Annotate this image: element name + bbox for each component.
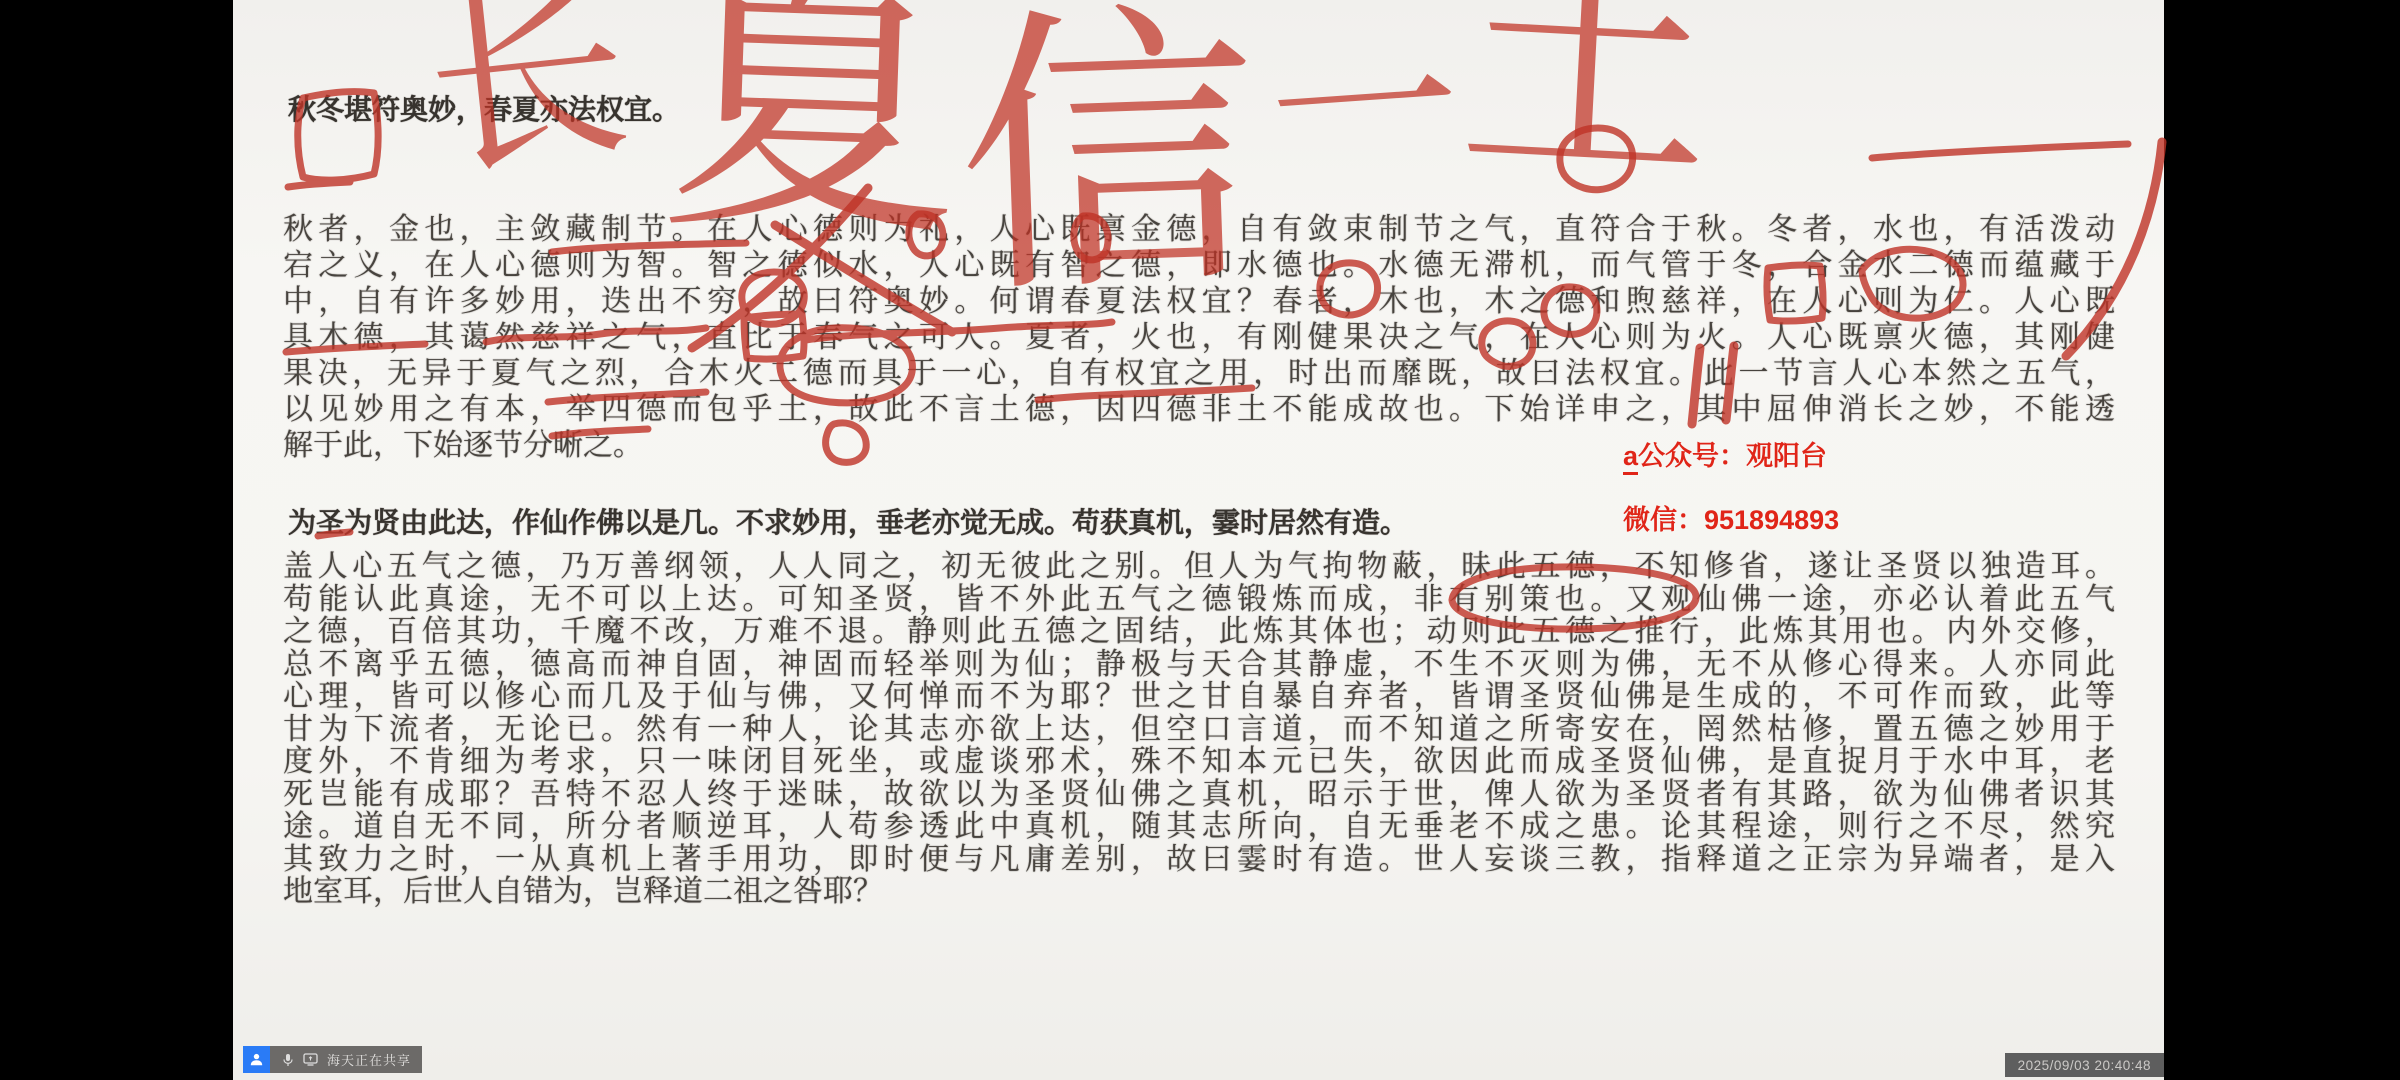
text-line: 中，自有许多妙用，迭出不穷，故曰符奥妙。何谓春夏法权宜？春者，木也，木之德和煦慈…	[283, 284, 2115, 320]
text-line: 解于此，下始逐节分晰之。	[283, 428, 2115, 464]
paragraph-2: 盖人心五气之德，乃万善纲领，人人同之，初无彼此之别。但人为气拘物蔽，昧此五德，不…	[283, 551, 2115, 909]
watermark-prefix: a	[1623, 441, 1638, 475]
text-line: 秋者，金也，主敛藏制节。在人心德则为礼，人心既禀金德，自有敛束制节之气，直符合于…	[283, 212, 2115, 248]
text-line: 度外，不肯细为考求，只一味闭目死坐，或虚谈邪术，殊不知本元已失，欲因此而成圣贤仙…	[283, 746, 2115, 779]
text-line: 盖人心五气之德，乃万善纲领，人人同之，初无彼此之别。但人为气拘物蔽，昧此五德，不…	[283, 551, 2115, 584]
person-icon	[249, 1052, 264, 1067]
screen-share-toolbar[interactable]: 海天正在共享	[243, 1046, 422, 1073]
text-line: 具木德，其蔼然慈祥之气，直比于春气之可人。夏者，火也，有刚健果决之气，在人心则为…	[283, 320, 2115, 356]
text-line: 苟能认此真途，无不可以上达。可知圣贤，皆不外此五气之德锻炼而成，非有别策也。又观…	[283, 584, 2115, 617]
text-line: 地室耳，后世人自错为，岂释道二祖之咎耶？	[283, 876, 2115, 909]
member-list-button[interactable]	[243, 1046, 270, 1073]
text-line: 死岂能有成耶？吾特不忍人终于迷昧，故欲以为圣贤仙佛之真机，昭示于世，俾人欲为圣贤…	[283, 779, 2115, 812]
paragraph-1: 秋者，金也，主敛藏制节。在人心德则为礼，人心既禀金德，自有敛束制节之气，直符合于…	[283, 212, 2115, 464]
shared-document-page: 秋冬堪符奥妙，春夏亦法权宜。 秋者，金也，主敛藏制节。在人心德则为礼，人心既禀金…	[233, 0, 2164, 1080]
text-line: 之德，百倍其功，千魔不改，万难不退。静则此五德之固结，此炼其体也；动则此五德之推…	[283, 616, 2115, 649]
text-line: 其致力之时，一从真机上著手用功，即时便与凡庸差别，故曰霎时有造。世人妄谈三教，指…	[283, 844, 2115, 877]
text-line: 以见妙用之有本，举四德而包乎土，故此不言土德，因四德非土不能成故也。下始详申之，…	[283, 392, 2115, 428]
document-heading-1: 秋冬堪符奥妙，春夏亦法权宜。	[288, 88, 680, 128]
text-line: 果决，无异于夏气之烈，合木火二德而具于一心，自有权宜之用，时出而靡既，故曰法权宜…	[283, 356, 2115, 392]
watermark-label: 公众号：观阳台	[1638, 441, 1827, 471]
text-line: 甘为下流者，无论已。然有一种人，论其志亦欲上达，但空口言道，而不知道之所寄安在，…	[283, 714, 2115, 747]
screen-share-view: 秋冬堪符奥妙，春夏亦法权宜。 秋者，金也，主敛藏制节。在人心德则为礼，人心既禀金…	[0, 0, 2400, 1080]
watermark-official-account: a公众号：观阳台	[1623, 434, 1827, 473]
text-line: 总不离乎五德，德高而神自固，神固而轻举则为仙；静极与天合其静虚，不生不灭则为佛，…	[283, 649, 2115, 682]
screen-icon[interactable]	[303, 1053, 318, 1066]
recording-timestamp: 2025/09/03 20:40:48	[2005, 1053, 2164, 1077]
text-line: 宕之义，在人心德则为智。智之德似水，人心既有智之德，即水德也。水德无滞机，而气管…	[283, 248, 2115, 284]
sharing-status-text: 海天正在共享	[327, 1050, 411, 1069]
text-line: 途。道自无不同，所分者顺逆耳，人苟参透此中真机，随其志所向，自无垂老不成之患。论…	[283, 811, 2115, 844]
text-line: 心理，皆可以修心而几及于仙与佛，又何惮而不为耶？世之甘自暴自弃者，皆谓圣贤仙佛是…	[283, 681, 2115, 714]
watermark-wechat-id: 微信：951894893	[1623, 498, 1839, 537]
microphone-icon[interactable]	[282, 1053, 294, 1067]
document-heading-2: 为圣为贤由此达，作仙作佛以是几。不求妙用，垂老亦觉无成。苟获真机，霎时居然有造。	[288, 501, 1408, 541]
share-status-area[interactable]: 海天正在共享	[270, 1046, 422, 1073]
